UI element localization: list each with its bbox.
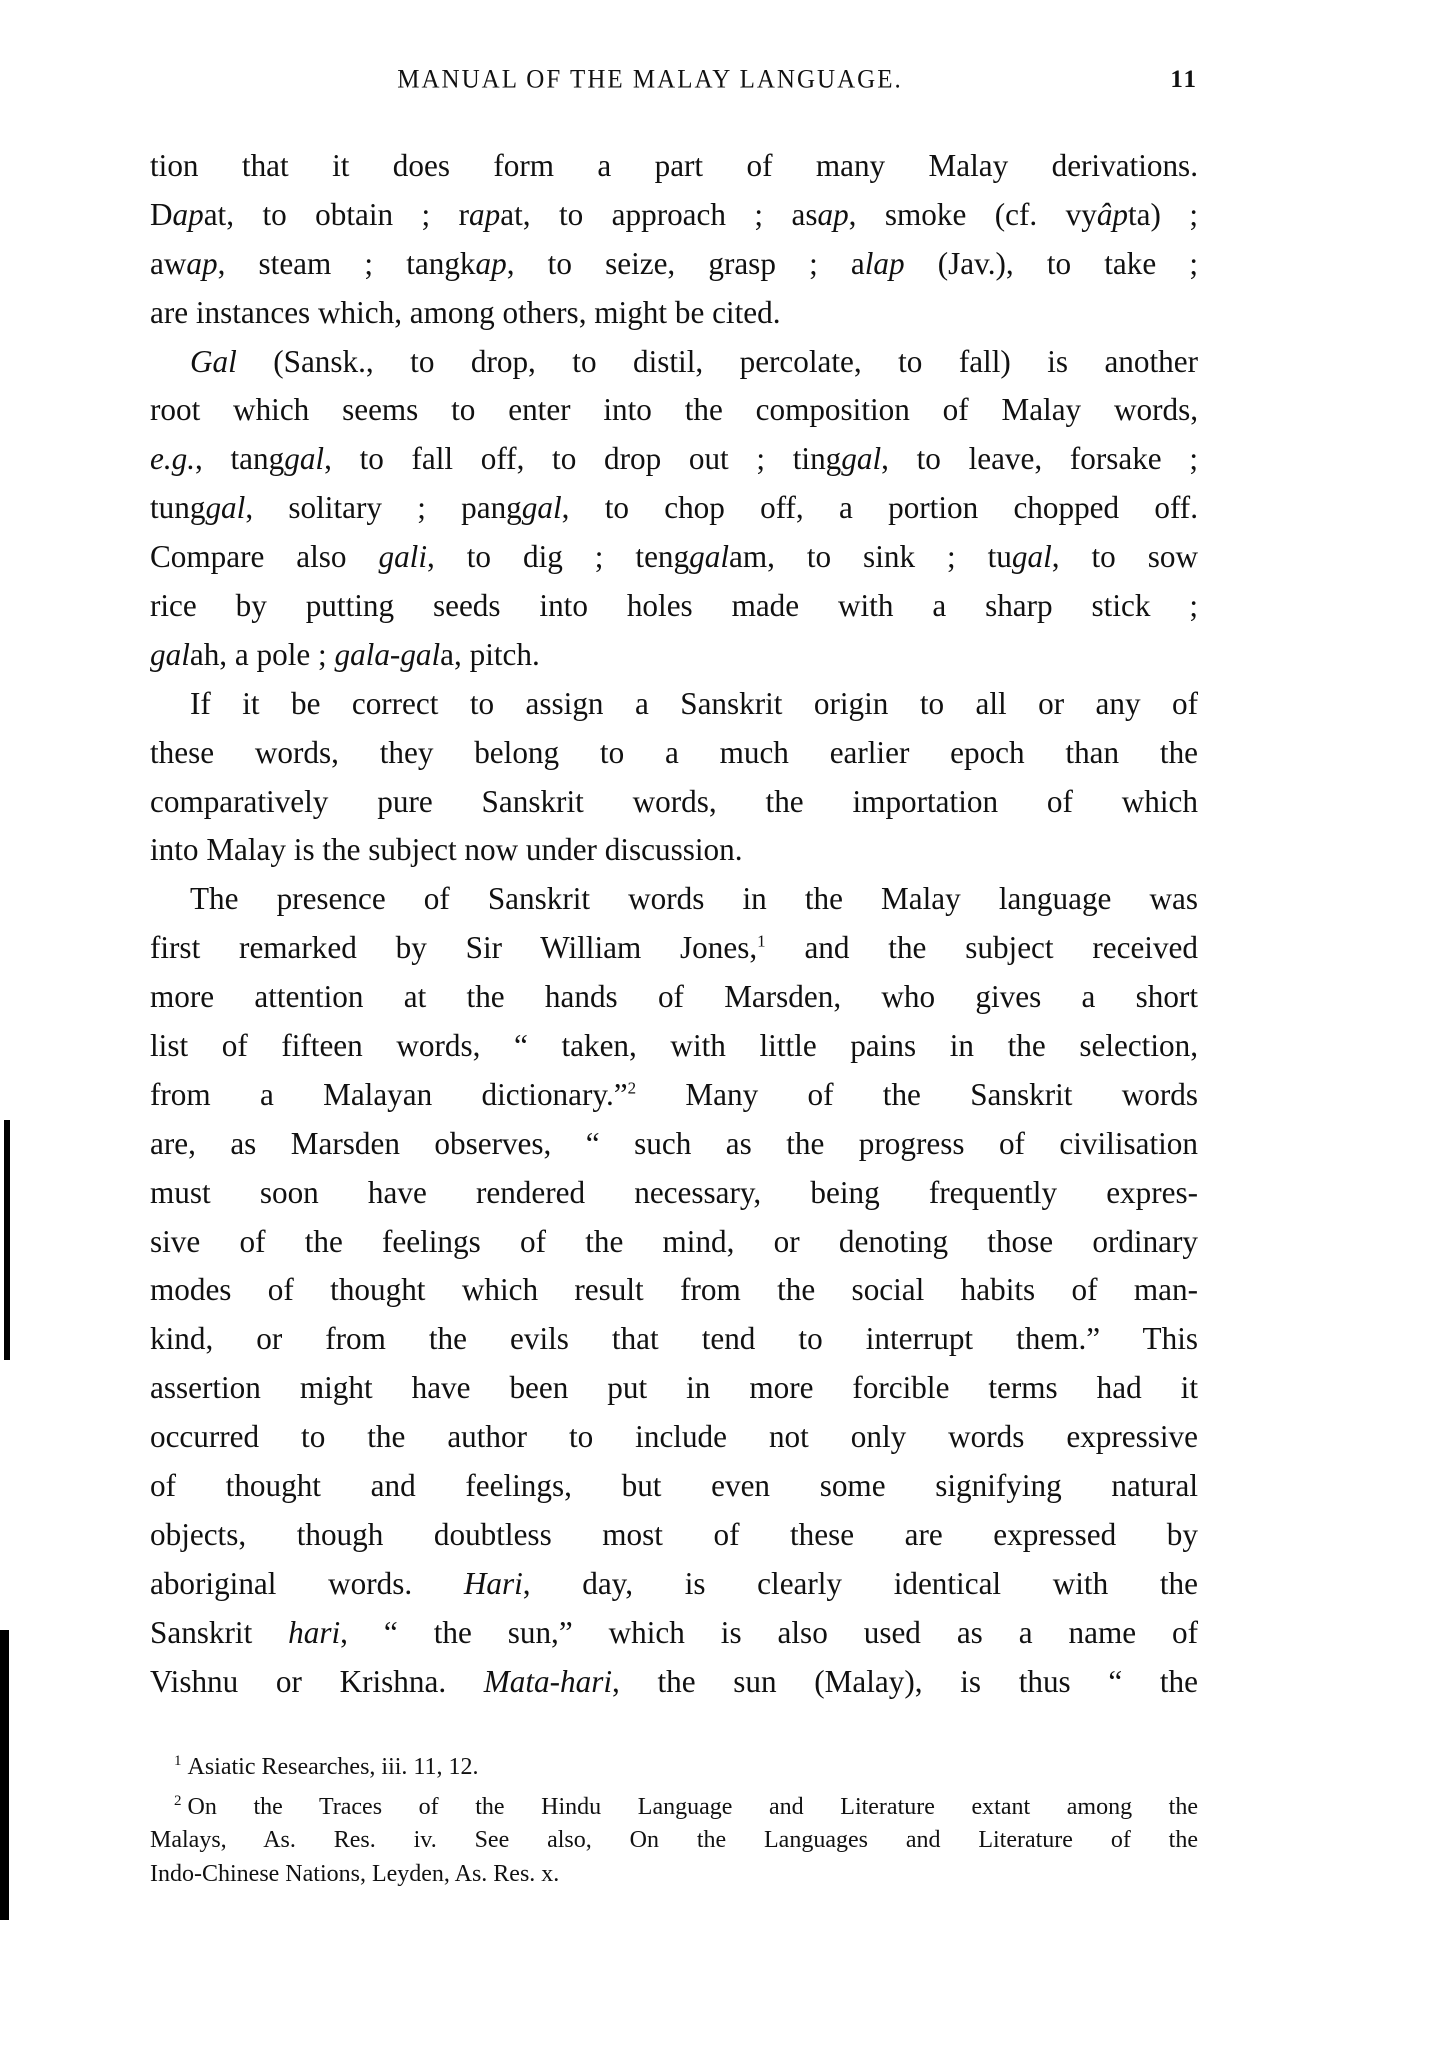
book-page: MANUAL OF THE MALAY LANGUAGE. 11 tion th… [0,0,1439,2056]
footnote-line: Indo-Chinese Nations, Leyden, As. Res. x… [150,1858,1198,1892]
text-line: sive of the feelings of the mind, or den… [150,1218,1198,1267]
text-line: from a Malayan dictionary.”2 Many of the… [150,1071,1198,1120]
text-line: If it be correct to assign a Sanskrit or… [150,680,1198,729]
text-line: galah, a pole ; gala-gala, pitch. [150,631,1198,680]
text-line: must soon have rendered necessary, being… [150,1169,1198,1218]
text-line: tion that it does form a part of many Ma… [150,142,1198,191]
scan-margin-mark [4,1120,10,1360]
text-line: The presence of Sanskrit words in the Ma… [150,875,1198,924]
footnote-line: Malays, As. Res. iv. See also, On the La… [150,1824,1198,1858]
footnote-marker: 1 [174,1753,182,1769]
text-line: of thought and feelings, but even some s… [150,1462,1198,1511]
text-line: into Malay is the subject now under disc… [150,826,1198,875]
body-text: tion that it does form a part of many Ma… [150,142,1198,1707]
page-header: MANUAL OF THE MALAY LANGUAGE. 11 [150,66,1200,96]
text-line: tunggal, solitary ; panggal, to chop off… [150,484,1198,533]
text-line: list of fifteen words, “ taken, with lit… [150,1022,1198,1071]
footnote-text: Malays, As. Res. iv. See also, On the La… [150,1827,1198,1853]
text-line: Dapat, to obtain ; rapat, to approach ; … [150,191,1198,240]
text-line: aboriginal words. Hari, day, is clearly … [150,1560,1198,1609]
text-line: e.g., tanggal, to fall off, to drop out … [150,435,1198,484]
footnote-text: Indo-Chinese Nations, Leyden, As. Res. x… [150,1861,559,1887]
text-line: Sanskrit hari, “ the sun,” which is also… [150,1609,1198,1658]
text-line: assertion might have been put in more fo… [150,1364,1198,1413]
text-line: more attention at the hands of Marsden, … [150,973,1198,1022]
footnote-text: Asiatic Researches, iii. 11, 12. [188,1754,479,1780]
text-line: Gal (Sansk., to drop, to distil, percola… [150,338,1198,387]
footnotes: 1Asiatic Researches, iii. 11, 12.2On the… [150,1745,1198,1891]
text-line: kind, or from the evils that tend to int… [150,1315,1198,1364]
footnote-line: 1Asiatic Researches, iii. 11, 12. [150,1745,1198,1785]
footnote-line: 2On the Traces of the Hindu Language and… [150,1785,1198,1825]
footnote-marker: 2 [174,1793,182,1809]
text-line: are, as Marsden observes, “ such as the … [150,1120,1198,1169]
running-title: MANUAL OF THE MALAY LANGUAGE. [150,65,1150,94]
text-line: awap, steam ; tangkap, to seize, grasp ;… [150,240,1198,289]
footnote-text: On the Traces of the Hindu Language and … [188,1794,1199,1820]
text-line: occurred to the author to include not on… [150,1413,1198,1462]
text-line: rice by putting seeds into holes made wi… [150,582,1198,631]
text-line: Compare also gali, to dig ; tenggalam, t… [150,533,1198,582]
text-line: objects, though doubtless most of these … [150,1511,1198,1560]
page-number: 11 [1170,66,1198,94]
text-line: first remarked by Sir William Jones,1 an… [150,924,1198,973]
scan-margin-mark [0,1630,9,1920]
text-line: root which seems to enter into the compo… [150,386,1198,435]
text-line: Vishnu or Krishna. Mata-hari, the sun (M… [150,1658,1198,1707]
text-line: comparatively pure Sanskrit words, the i… [150,778,1198,827]
text-line: are instances which, among others, might… [150,289,1198,338]
text-line: modes of thought which result from the s… [150,1266,1198,1315]
text-line: these words, they belong to a much earli… [150,729,1198,778]
